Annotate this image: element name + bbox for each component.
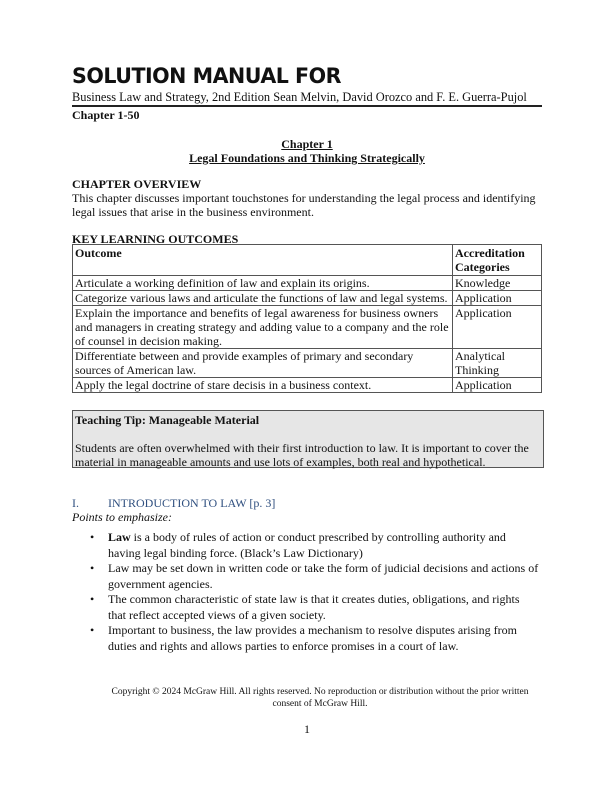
column-header-outcome: Outcome (73, 245, 453, 276)
outcome-cell: Categorize various laws and articulate t… (73, 291, 453, 306)
points-list: •Law is a body of rules of action or con… (90, 530, 540, 654)
section-number: I. (72, 496, 108, 511)
emphasis-label: Points to emphasize: (72, 510, 172, 525)
book-subtitle: Business Law and Strategy, 2nd Edition S… (72, 90, 527, 105)
chapter-number: Chapter 1 (72, 137, 542, 152)
point-text: Important to business, the law provides … (108, 623, 517, 653)
outcome-cell: Articulate a working definition of law a… (73, 276, 453, 291)
learning-outcomes-table: Outcome Accreditation Categories Articul… (72, 244, 542, 393)
copyright-notice: Copyright © 2024 McGraw Hill. All rights… (100, 686, 540, 710)
document-banner: SOLUTION MANUAL FOR (72, 64, 341, 88)
table-row: Apply the legal doctrine of stare decisi… (73, 378, 542, 393)
table-row: Articulate a working definition of law a… (73, 276, 542, 291)
chapter-title: Legal Foundations and Thinking Strategic… (72, 151, 542, 166)
table-row: Explain the importance and benefits of l… (73, 306, 542, 349)
category-cell: Application (453, 378, 542, 393)
point-text: Law may be set down in written code or t… (108, 561, 538, 591)
header-rule (72, 105, 542, 107)
outcome-cell: Differentiate between and provide exampl… (73, 349, 453, 378)
category-cell: Knowledge (453, 276, 542, 291)
bullet-icon: • (90, 623, 94, 639)
list-item: •Important to business, the law provides… (90, 623, 540, 654)
outcome-cell: Explain the importance and benefits of l… (73, 306, 453, 349)
point-text: is a body of rules of action or conduct … (108, 530, 506, 560)
table-row: Differentiate between and provide exampl… (73, 349, 542, 378)
overview-heading: CHAPTER OVERVIEW (72, 177, 201, 192)
teaching-tip-box: Teaching Tip: Manageable Material Studen… (72, 410, 544, 468)
overview-text: This chapter discusses important touchst… (72, 191, 542, 219)
list-item: •The common characteristic of state law … (90, 592, 540, 623)
chapter-range: Chapter 1-50 (72, 108, 139, 123)
section-heading: I.INTRODUCTION TO LAW [p. 3] (72, 496, 275, 511)
category-cell: Application (453, 306, 542, 349)
category-cell: Analytical Thinking (453, 349, 542, 378)
point-text: The common characteristic of state law i… (108, 592, 520, 622)
category-cell: Application (453, 291, 542, 306)
page-number: 1 (72, 722, 542, 737)
list-item: •Law may be set down in written code or … (90, 561, 540, 592)
bullet-icon: • (90, 561, 94, 577)
outcome-cell: Apply the legal doctrine of stare decisi… (73, 378, 453, 393)
column-header-category: Accreditation Categories (453, 245, 542, 276)
term: Law (108, 530, 131, 544)
teaching-tip-title: Teaching Tip: Manageable Material (75, 413, 541, 427)
table-row: Categorize various laws and articulate t… (73, 291, 542, 306)
table-header-row: Outcome Accreditation Categories (73, 245, 542, 276)
section-title: INTRODUCTION TO LAW [p. 3] (108, 496, 275, 510)
teaching-tip-text: Students are often overwhelmed with thei… (75, 441, 529, 469)
list-item: •Law is a body of rules of action or con… (90, 530, 540, 561)
bullet-icon: • (90, 530, 94, 546)
bullet-icon: • (90, 592, 94, 608)
